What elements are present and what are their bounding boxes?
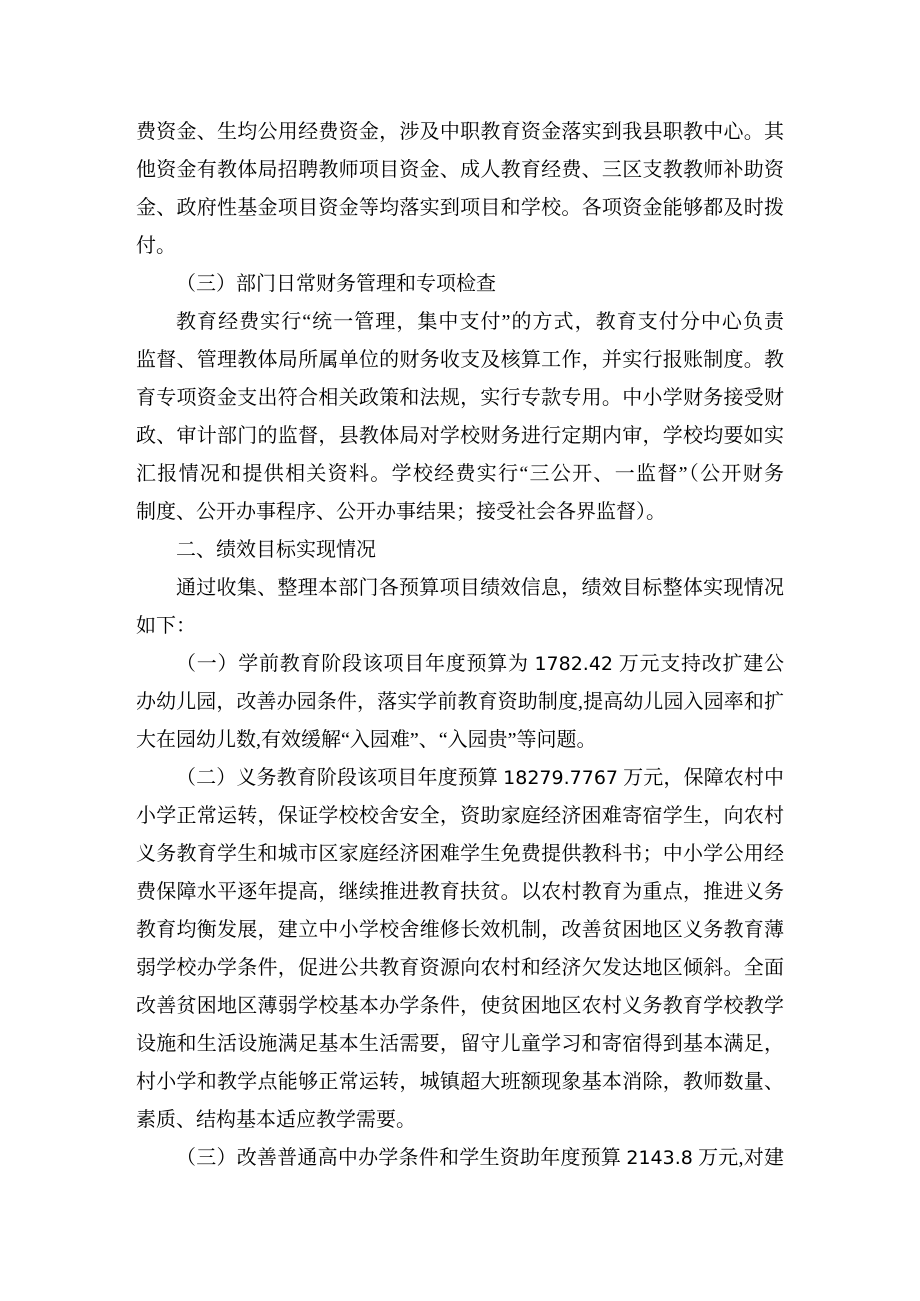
document-page: 费资金、生均公用经费资金，涉及中职教育资金落实到我县职教中心。其他资金有教体局招…: [0, 0, 920, 1301]
budget-number: 2143.8: [626, 1147, 692, 1169]
text-line: 如下：: [136, 607, 784, 645]
text-line: 教育经费实行“统一管理，集中支付”的方式，教育支付分中心负责: [136, 303, 784, 341]
text-line: 费保障水平逐年提高，继续推进教育扶贫。以农村教育为重点，推进义务: [136, 873, 784, 911]
text-line: 义务教育学生和城市区家庭经济困难学生免费提供教科书；中小学公用经: [136, 835, 784, 873]
text-line: 素质、结构基本适应教学需要。: [136, 1101, 784, 1139]
heading-line: （三）部门日常财务管理和专项检查: [136, 265, 784, 303]
budget-number: 1782.42: [534, 653, 613, 675]
text-line: 设施和生活设施满足基本生活需要，留守儿童学习和寄宿得到基本满足，: [136, 1025, 784, 1063]
text-line: 费资金、生均公用经费资金，涉及中职教育资金落实到我县职教中心。其: [136, 113, 784, 151]
text-line: 改善贫困地区薄弱学校基本办学条件，使贫困地区农村义务教育学校教学: [136, 987, 784, 1025]
text-line: 金、政府性基金项目资金等均落实到项目和学校。各项资金能够都及时拨: [136, 189, 784, 227]
text-line: （一）学前教育阶段该项目年度预算为 1782.42 万元支持改扩建公: [136, 645, 784, 683]
document-body: 费资金、生均公用经费资金，涉及中职教育资金落实到我县职教中心。其他资金有教体局招…: [136, 113, 784, 1177]
text-line: 政、审计部门的监督，县教体局对学校财务进行定期内审，学校均要如实: [136, 417, 784, 455]
text-line: 监督、管理教体局所属单位的财务收支及核算工作，并实行报账制度。教: [136, 341, 784, 379]
text-line: 他资金有教体局招聘教师项目资金、成人教育经费、三区支教教师补助资: [136, 151, 784, 189]
text-line: 小学正常运转，保证学校校舍安全，资助家庭经济困难寄宿学生，向农村: [136, 797, 784, 835]
text-line: 办幼儿园，改善办园条件，落实学前教育资助制度,提高幼儿园入园率和扩: [136, 683, 784, 721]
text-line: 育专项资金支出符合相关政策和法规，实行专款专用。中小学财务接受财: [136, 379, 784, 417]
heading-line: 二、绩效目标实现情况: [136, 531, 784, 569]
text-line: （二）义务教育阶段该项目年度预算 18279.7767 万元，保障农村中: [136, 759, 784, 797]
text-line: 制度、公开办事程序、公开办事结果；接受社会各界监督）。: [136, 493, 784, 531]
text-line: 付。: [136, 227, 784, 265]
text-line: 通过收集、整理本部门各预算项目绩效信息，绩效目标整体实现情况: [136, 569, 784, 607]
budget-number: 18279.7767: [503, 767, 618, 789]
text-line: 弱学校办学条件，促进公共教育资源向农村和经济欠发达地区倾斜。全面: [136, 949, 784, 987]
text-line: 村小学和教学点能够正常运转，城镇超大班额现象基本消除，教师数量、: [136, 1063, 784, 1101]
text-line: 汇报情况和提供相关资料。学校经费实行“三公开、一监督”（公开财务: [136, 455, 784, 493]
text-line: 大在园幼儿数,有效缓解“入园难”、“入园贵”等问题。: [136, 721, 784, 759]
text-line: （三）改善普通高中办学条件和学生资助年度预算 2143.8 万元,对建: [136, 1139, 784, 1177]
text-line: 教育均衡发展，建立中小学校舍维修长效机制，改善贫困地区义务教育薄: [136, 911, 784, 949]
